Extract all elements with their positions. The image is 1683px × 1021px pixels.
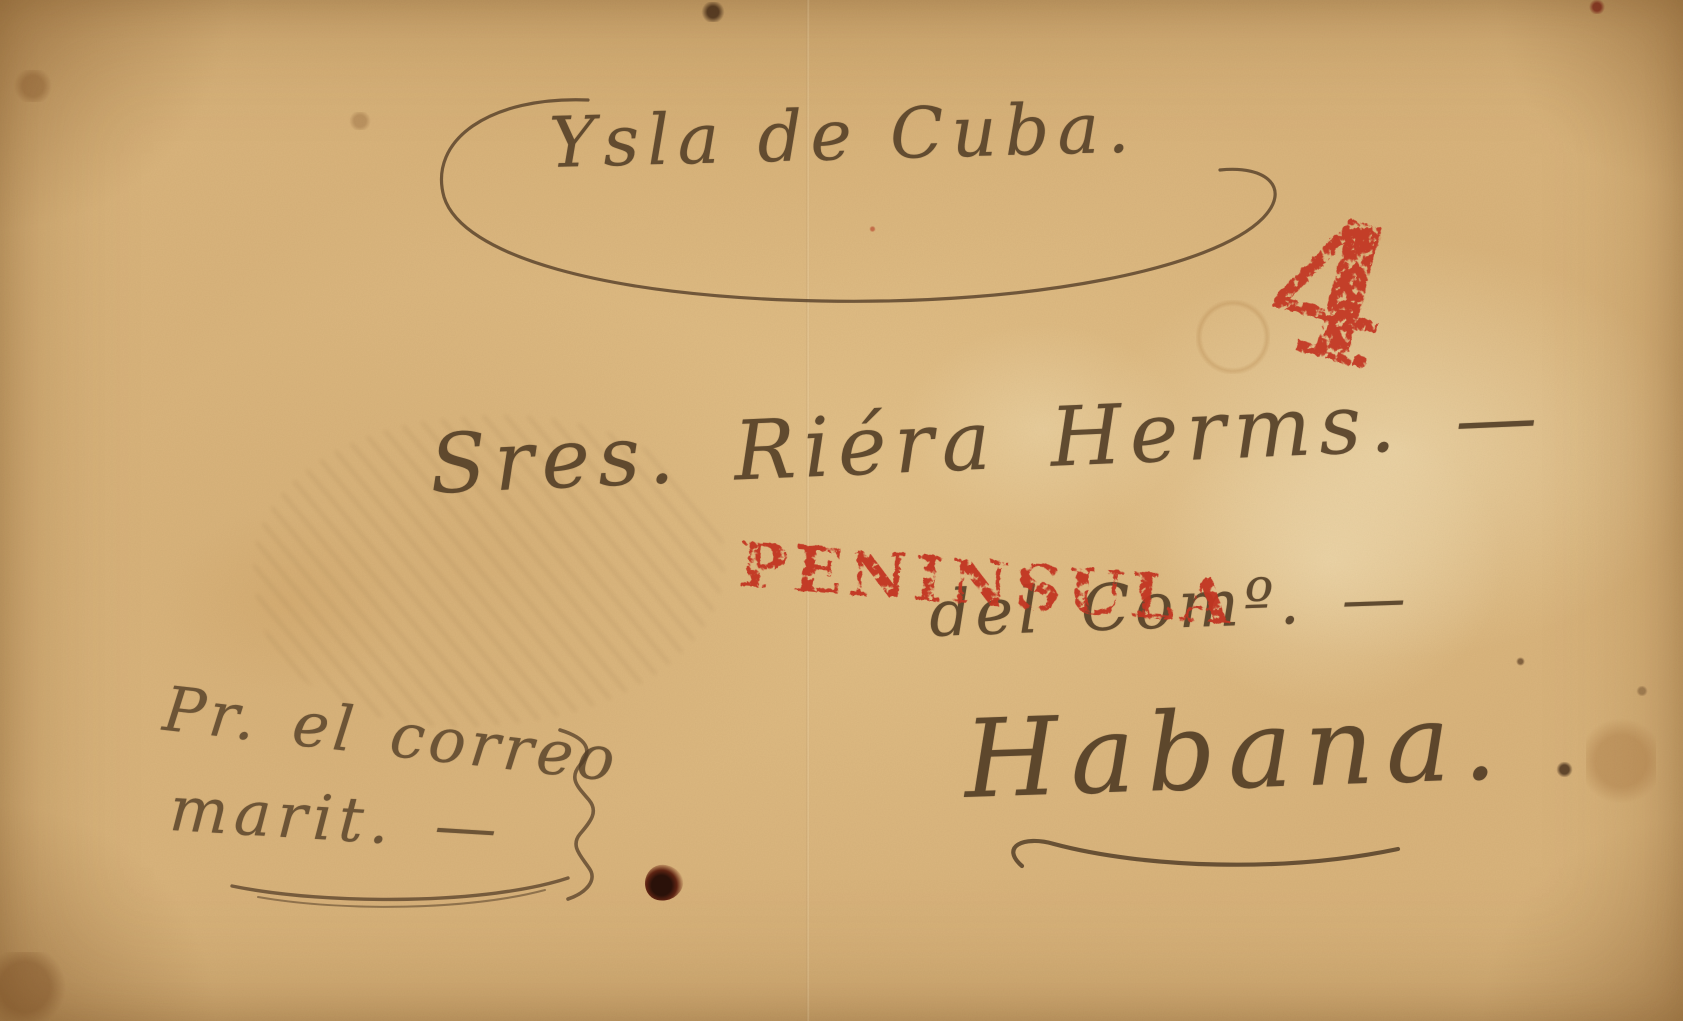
postal-cover-scan: Ysla de Cuba. Sres. Riéra Herms. — del C… (0, 0, 1683, 1021)
endorsement-ysla-de-cuba: Ysla de Cuba. (548, 87, 1138, 184)
destination-habana: Habana. (962, 679, 1510, 823)
